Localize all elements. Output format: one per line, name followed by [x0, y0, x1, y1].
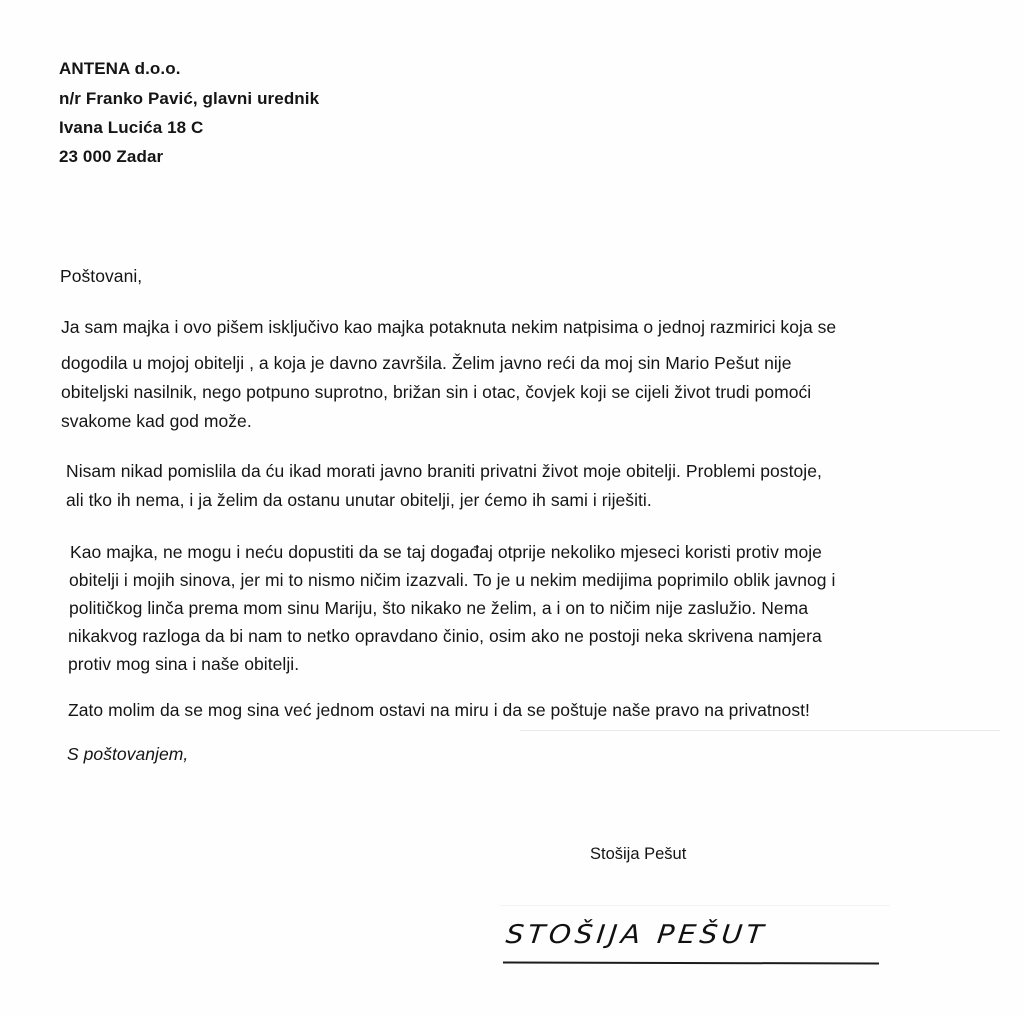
signature-line: [503, 962, 879, 965]
paragraph-line: svakome kad god može.: [61, 410, 252, 432]
recipient-attention: n/r Franko Pavić, glavni urednik: [59, 88, 319, 110]
recipient-company: ANTENA d.o.o.: [59, 58, 181, 80]
signer-printed-name: Stošija Pešut: [590, 844, 686, 864]
paragraph-line: obitelji i mojih sinova, jer mi to nismo…: [69, 569, 835, 591]
recipient-street: Ivana Lucića 18 C: [59, 117, 203, 139]
paragraph-line: dogodila u mojoj obitelji , a koja je da…: [61, 352, 792, 374]
handwritten-signature: STOŠIJA PEŠUT: [504, 919, 768, 949]
paragraph-line: nikakvog razloga da bi nam to netko opra…: [68, 625, 822, 647]
paragraph-line: protiv mog sina i naše obitelji.: [68, 653, 299, 675]
paragraph-line: Kao majka, ne mogu i neću dopustiti da s…: [70, 541, 822, 563]
letter-page: ANTENA d.o.o. n/r Franko Pavić, glavni u…: [0, 0, 1024, 1017]
scan-artifact: [500, 905, 890, 906]
recipient-city: 23 000 Zadar: [59, 146, 163, 168]
paragraph-line: obiteljski nasilnik, nego potpuno suprot…: [61, 381, 811, 403]
closing: S poštovanjem,: [67, 743, 188, 765]
paragraph-line: Ja sam majka i ovo pišem isključivo kao …: [61, 316, 836, 338]
paragraph-line: ali tko ih nema, i ja želim da ostanu un…: [66, 489, 652, 511]
paragraph-line: političkog linča prema mom sinu Mariju, …: [69, 597, 808, 619]
scan-artifact: [520, 730, 1000, 731]
paragraph-line: Nisam nikad pomislila da ću ikad morati …: [66, 460, 822, 482]
paragraph-line: Zato molim da se mog sina već jednom ost…: [68, 699, 810, 721]
salutation: Poštovani,: [60, 265, 142, 287]
